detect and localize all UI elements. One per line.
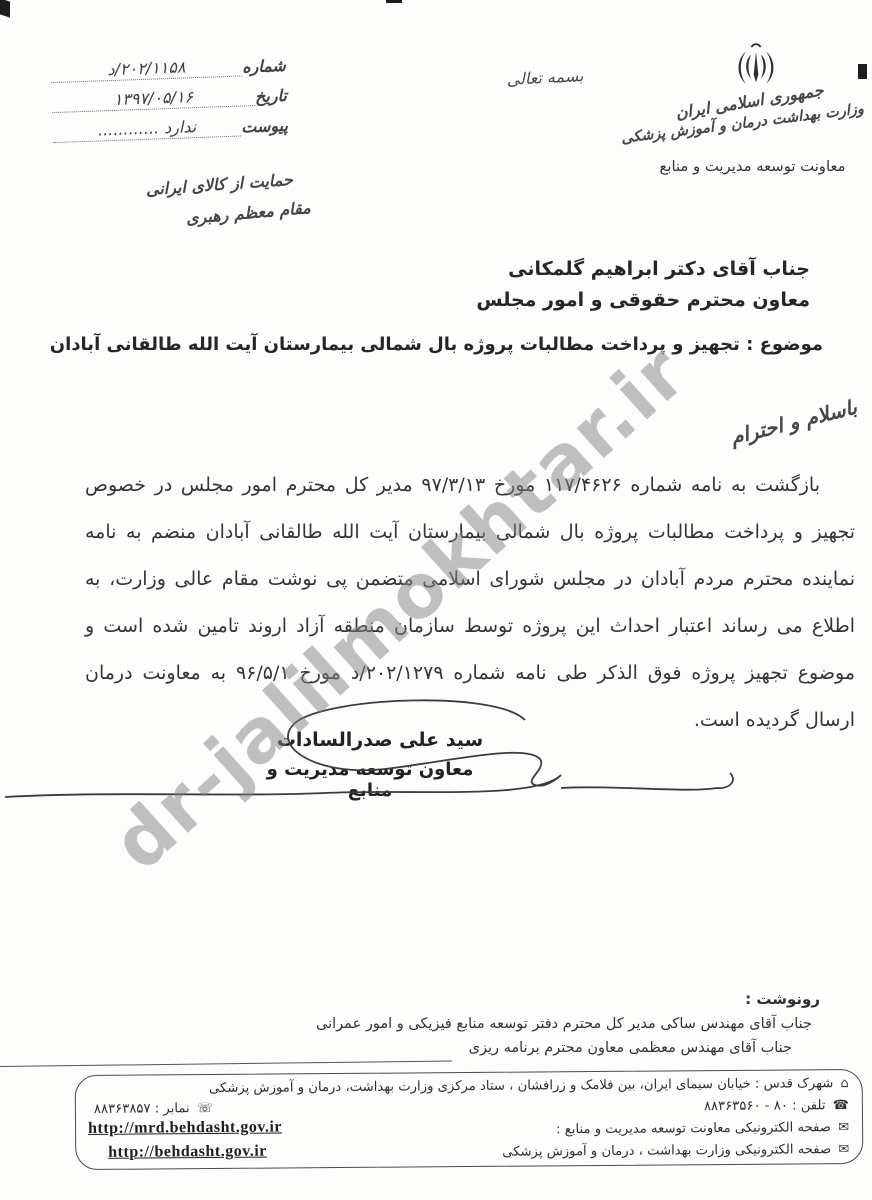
bismillah-text: بسمه تعالی bbox=[480, 65, 611, 91]
recipient-block: جناب آقای دکتر ابراهیم گلمکانی معاون محت… bbox=[476, 254, 810, 316]
cc-item: جناب آقای مهندس ساکی مدیر کل محترم دفتر … bbox=[316, 1016, 812, 1032]
ref-attachment-value: ندارد ............ bbox=[53, 116, 242, 144]
cc-item: جناب آقای مهندس معظمی معاون محترم برنامه… bbox=[469, 1040, 792, 1056]
footer-address: شهرک قدس : خیابان سیمای ایران، بین فلامک… bbox=[209, 1076, 833, 1096]
deputy-name-line: معاونت توسعه مدیریت و منابع bbox=[645, 158, 860, 175]
envelope-icon: ✉ bbox=[838, 1142, 849, 1157]
ref-number-label: شماره bbox=[242, 56, 286, 77]
recipient-title: معاون محترم حقوقی و امور مجلس bbox=[476, 285, 810, 316]
reference-fields: شماره ۲۰۲/۱۱۵۸/د تاریخ ۱۳۹۷/۰۵/۱۶ پیوست … bbox=[51, 54, 289, 152]
building-icon: ⌂ bbox=[840, 1076, 848, 1091]
ref-attachment-row: پیوست ندارد ............ bbox=[53, 114, 289, 143]
subject-line: موضوع : تجهیز و پرداخت مطالبات پروژه بال… bbox=[63, 334, 823, 355]
ref-date-row: تاریخ ۱۳۹۷/۰۵/۱۶ bbox=[52, 84, 288, 113]
ref-date-value: ۱۳۹۷/۰۵/۱۶ bbox=[52, 85, 256, 113]
envelope-icon: ✉ bbox=[838, 1120, 849, 1135]
footer-fax-row: ☏ نمابر : ۸۸۳۶۳۸۵۷ bbox=[94, 1101, 216, 1117]
footer-contact-box: ⌂ شهرک قدس : خیابان سیمای ایران، بین فلا… bbox=[75, 1069, 864, 1170]
ref-attachment-label: پیوست bbox=[241, 116, 288, 137]
ref-number-value: ۲۰۲/۱۱۵۸/د bbox=[51, 55, 243, 83]
slogan-line1: حمایت از کالای ایرانی bbox=[58, 170, 294, 205]
footer-epage-deputy-row: ✉ صفحه الکترونیکی معاونت توسعه مدیریت و … bbox=[556, 1120, 852, 1137]
phone-icon: ☎ bbox=[833, 1098, 849, 1113]
footer-epage-ministry-row: ✉ صفحه الکترونیکی وزارت بهداشت ، درمان و… bbox=[502, 1142, 852, 1160]
recipient-name: جناب آقای دکتر ابراهیم گلمکانی bbox=[476, 254, 810, 285]
salutation-text: باسلام و احترام bbox=[728, 395, 859, 450]
fax-icon: ☏ bbox=[197, 1101, 213, 1116]
scanned-letter-page: dr-jalilmokhtar.ir بسمه تعالی جمهوری اسل… bbox=[0, 0, 872, 1200]
handwritten-signature-icon bbox=[0, 685, 755, 815]
year-slogan-stamp: حمایت از کالای ایرانی مقام معظم رهبری bbox=[58, 178, 293, 228]
footer-url-ministry: http://behdasht.gov.ir bbox=[108, 1143, 267, 1162]
scan-artifact-corner bbox=[0, 0, 10, 18]
footer-address-row: ⌂ شهرک قدس : خیابان سیمای ایران، بین فلا… bbox=[209, 1076, 852, 1096]
footer-fax: نمابر : ۸۸۳۶۳۸۵۷ bbox=[94, 1101, 190, 1117]
footer-phone: تلفن : ۸۰ - ۸۸۳۶۳۵۶۰ bbox=[704, 1098, 826, 1114]
footer-epage-ministry: صفحه الکترونیکی وزارت بهداشت ، درمان و آ… bbox=[502, 1142, 831, 1160]
footer-url-deputy: http://mrd.behdasht.gov.ir bbox=[88, 1118, 282, 1138]
footer-phone-row: ☎ تلفن : ۸۰ - ۸۸۳۶۳۵۶۰ bbox=[704, 1098, 852, 1114]
ref-number-row: شماره ۲۰۲/۱۱۵۸/د bbox=[51, 54, 287, 83]
cc-label: رونوشت : bbox=[745, 990, 820, 1008]
footer-epage-deputy: صفحه الکترونیکی معاونت توسعه مدیریت و من… bbox=[556, 1120, 831, 1137]
scan-artifact-right bbox=[858, 64, 867, 79]
scan-artifact-top bbox=[386, 0, 402, 3]
signature-block: سید علی صدرالسادات معاون توسعه مدیریت و … bbox=[215, 685, 535, 805]
stray-scan-line bbox=[0, 1060, 452, 1067]
slogan-line2: مقام معظم رهبری bbox=[58, 198, 312, 239]
ref-date-label: تاریخ bbox=[255, 86, 287, 106]
